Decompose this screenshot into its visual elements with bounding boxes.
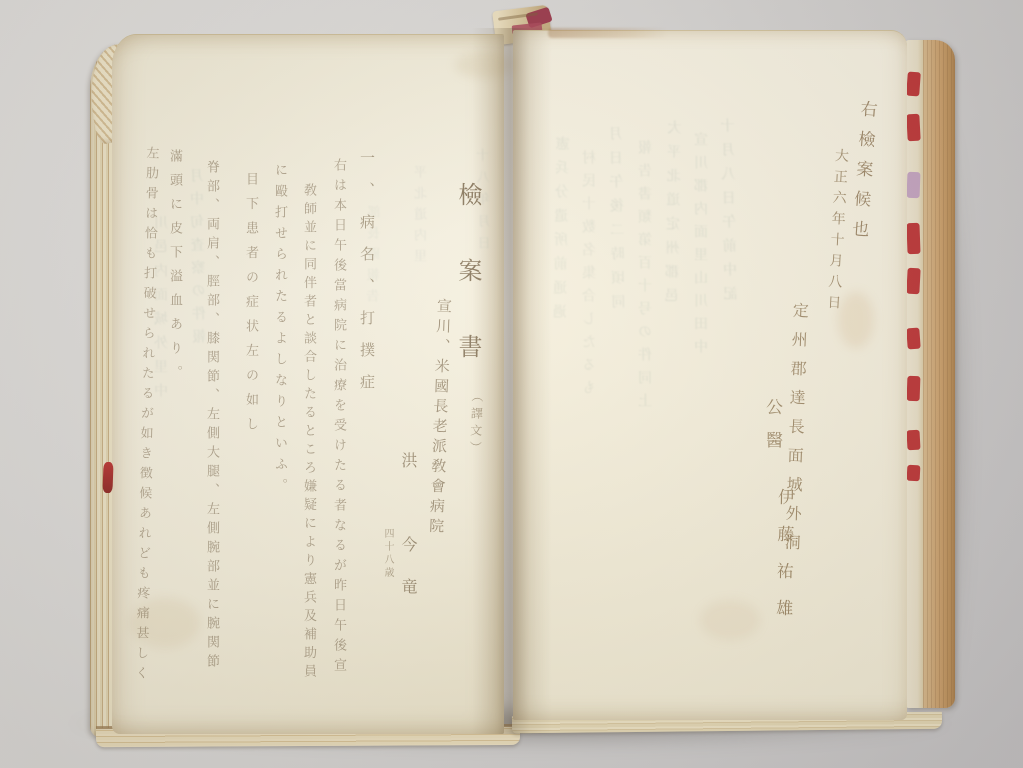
- red-speckle: [906, 72, 921, 97]
- red-speckle: [906, 328, 920, 350]
- paper-stain: [838, 292, 874, 348]
- paper-stain: [700, 600, 760, 640]
- paper-stain: [455, 52, 515, 78]
- red-speckle: [907, 465, 921, 482]
- red-speckle: [907, 172, 921, 198]
- photograph-of-open-book: { "document_kind": "handwritten medical …: [0, 0, 1023, 768]
- red-speckle: [906, 268, 920, 295]
- red-speckle: [906, 430, 920, 451]
- fore-edge-tan-stack: [923, 40, 955, 708]
- top-edge-smudge: [548, 28, 668, 38]
- red-speckle: [906, 223, 920, 254]
- red-speckle: [906, 114, 920, 142]
- fore-edge-speckle-strip: [905, 40, 923, 708]
- paper-stain: [130, 598, 200, 648]
- red-mark-left-edge: [102, 462, 113, 493]
- red-speckle: [907, 376, 921, 401]
- fore-edge: [905, 40, 955, 708]
